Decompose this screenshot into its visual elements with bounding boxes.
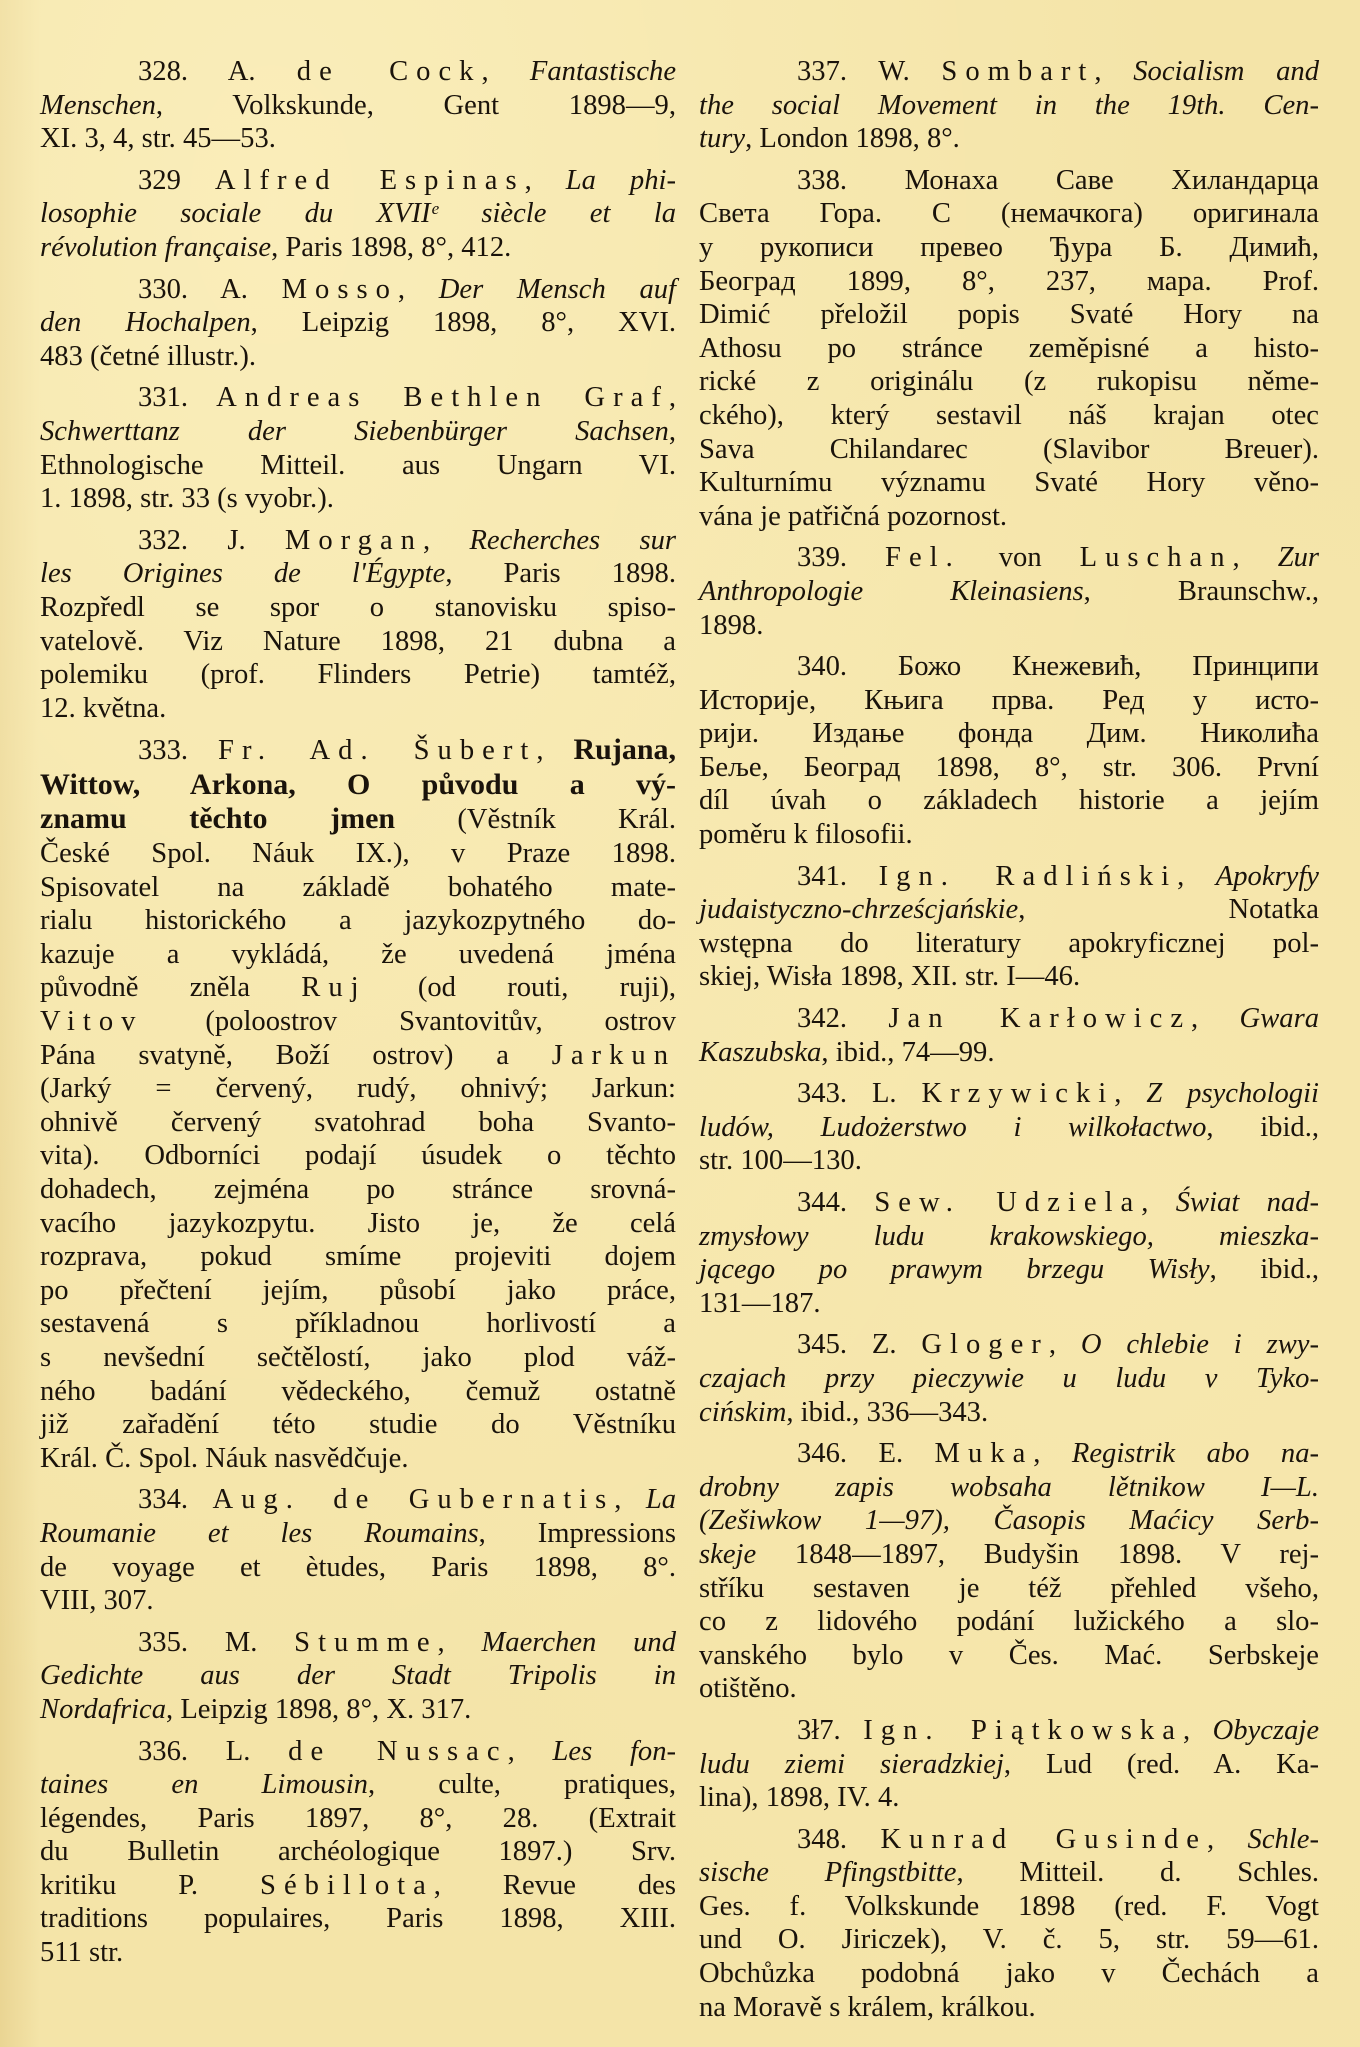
entry-text: wstępna do literatury apokryficznej pol- [699,928,1319,959]
entry-text: , Lud (red. A. Ka- [1004,1749,1319,1780]
entry-text: 334. [138,1484,212,1515]
entry-text: , [508,1736,553,1767]
entry-text: s nevšední sečtělostí, jako plod váž- [40,1342,676,1373]
entry-text: 335. M. [138,1627,294,1658]
bibliography-entry-328: 328. A. de Cock, FantastischeMenschen, V… [40,55,676,156]
entry-line: 1898. [699,609,1319,643]
bibliography-entry-336: 336. L. de Nussac, Les fon-taines en Lim… [40,1735,676,1970]
author-name: Ign. Piątkowska [863,1715,1183,1746]
entry-text: , [481,56,529,87]
bibliography-entry-342: 342. Jan Karłowicz, GwaraKaszubska, ibid… [699,1002,1319,1069]
work-title: losophie sociale du XVIIᵉ siècle et la [40,198,676,229]
entry-text: co z lidového podání lužického a slo- [699,1606,1319,1637]
work-title: Nordafrica [40,1694,166,1725]
entry-line: 338. Монаха Саве Хиландарца [699,164,1319,198]
entry-line: 337. W. Sombart, Socialism and [699,55,1319,89]
author-name: Gloger [921,1329,1048,1360]
work-title: cińskim [699,1397,786,1428]
entry-line: 328. A. de Cock, Fantastische [40,55,676,89]
entry-text: , [669,382,676,413]
entry-line: révolution française, Paris 1898, 8°, 41… [40,231,676,265]
entry-text: 511 str. [40,1937,123,1968]
entry-text: у рукописи превео Ђура Б. Димић, [699,232,1319,263]
work-title: Menschen [40,90,156,121]
entry-line: the social Movement in the 19th. Cen- [699,89,1319,123]
bibliography-entry-347: 3ł7. Ign. Piątkowska, Obyczajeludu ziemi… [699,1714,1319,1815]
entry-text: , [1141,1187,1175,1218]
entry-line: (Zešiwkow 1—97), Časopis Maćicy Serb- [699,1504,1319,1538]
entry-text: dohadech, zejména po stránce srovná- [40,1174,676,1205]
entry-text: , [1233,542,1278,573]
entry-text: Obchůzka podobná jako v Čechách a [699,1958,1319,1989]
entry-text: 328. A. [138,56,297,87]
entry-text: sestavená s příkladnou horlivostí a [40,1308,676,1339]
entry-text: po přečtení jejím, působí jako práce, [40,1275,676,1306]
entry-text: již zařadění této studie do Věstníku [40,1409,676,1440]
entry-text: de voyage et ètudes, Paris 1898, 8°. [40,1552,676,1583]
entry-line: sestavená s příkladnou horlivostí a [40,1307,676,1341]
entry-text: (od routi, ruji), [367,972,676,1003]
entry-text: Ethnologische Mitteil. aus Ungarn VI. [40,450,676,481]
entry-text: du Bulletin archéologique 1897.) Srv. [40,1836,676,1867]
entry-line: vita). Odborníci podají úsudek o těchto [40,1139,676,1173]
author-name: de Cock [297,56,482,87]
entry-line: lina), 1898, IV. 4. [699,1781,1319,1815]
entry-text: , ibid., 336—343. [786,1397,988,1428]
entry-line: kritiku P. Sébillota, Revue des [40,1869,676,1903]
entry-text: 342. [797,1003,888,1034]
entry-text: 341. [797,861,879,892]
entry-line: Gedichte aus der Stadt Tripolis in [40,1659,676,1693]
entry-text: , [1183,1715,1213,1746]
entry-line: Kulturnímu významu Svaté Hory věno- [699,466,1319,500]
entry-text: und O. Jiriczek), V. č. 5, str. 59—61. [699,1924,1319,1955]
entry-line: 339. Fel. von Luschan, Zur [699,541,1319,575]
entry-text: 344. [797,1187,874,1218]
entry-line: Menschen, Volkskunde, Gent 1898—9, [40,89,676,123]
entry-text: , [1114,1078,1146,1109]
entry-line: vatelově. Viz Nature 1898, 21 dubna a [40,625,676,659]
entry-text: vatelově. Viz Nature 1898, 21 dubna a [40,626,676,657]
author-name: Muka [935,1438,1034,1469]
entry-line: und O. Jiriczek), V. č. 5, str. 59—61. [699,1923,1319,1957]
entry-line: skeje 1848—1897, Budyšin 1898. V rej- [699,1538,1319,1572]
entry-line: de voyage et ètudes, Paris 1898, 8°. [40,1551,676,1585]
entry-text: , Impressions [479,1518,676,1549]
work-title: Schwerttanz der Siebenbürger Sachsen [40,416,669,447]
work-title: ludu ziemi sieradzkiej [699,1749,1004,1780]
work-title: O chlebie i zwy- [1081,1329,1319,1360]
entry-line: Sava Chilandarec (Slavibor Breuer). [699,433,1319,467]
entry-line: tury, London 1898, 8°. [699,122,1319,156]
entry-line: rozprava, pokud smíme projeviti dojem [40,1240,676,1274]
entry-text: (poloostrov Svantovitův, ostrov [143,1006,676,1037]
work-title: the social Movement in the 19th. Cen- [699,90,1319,121]
entry-line: Wittow, Arkona, O původu a vý- [40,768,676,803]
entry-line: str. 100—130. [699,1144,1319,1178]
entry-text: , Notatka [1018,894,1319,925]
entry-text: lina), 1898, IV. 4. [699,1782,899,1813]
entry-text: , [1177,861,1216,892]
entry-line: Dimić přeložil popis Svaté Hory na [699,298,1319,332]
work-title: jącego po prawym brzegu Wisły [699,1254,1210,1285]
work-title: sische Pfingstbitte [699,1857,956,1888]
work-title: Gwara [1240,1003,1319,1034]
author-name: Kunrad Gusinde [880,1824,1207,1855]
entry-line: otištěno. [699,1672,1319,1706]
entry-line: 344. Sew. Udziela, Świat nad- [699,1186,1319,1220]
work-title: Schle- [1248,1824,1319,1855]
entry-text: 339. [797,542,885,573]
entry-line: rialu historického a jazykozpytného do- [40,904,676,938]
author-name: Fr. Ad. Šubert [218,735,536,766]
entry-text: kazuje a vykládá, že uvedená jména [40,939,676,970]
bibliography-entry-341: 341. Ign. Radliński, Apokryfyjudaistyczn… [699,860,1319,994]
entry-text: 336. L. [138,1736,288,1767]
bold-title: znamu těchto jmen [40,802,395,835]
entry-text: na Moravě s králem, králkou. [699,1992,1036,2023]
entry-text: Света Гора. С (немачкога) оригинала [699,198,1319,229]
entry-text: 1848—1897, Budyšin 1898. V rej- [756,1539,1319,1570]
entry-text: , ibid., 74—99. [821,1037,994,1068]
entry-line: cińskim, ibid., 336—343. [699,1396,1319,1430]
entry-text: , [536,735,573,766]
author-name: Ign. Radliński [879,861,1178,892]
work-title: révolution française [40,232,271,263]
entry-text: , [423,525,469,556]
entry-text: Беље, Београд 1898, 8°, str. 306. První [699,752,1319,783]
entry-text: Ges. f. Volkskunde 1898 (red. F. Vogt [699,1891,1319,1922]
entry-text: , [1049,1329,1081,1360]
entry-text: str. 100—130. [699,1145,862,1176]
work-title: les Origines de l'Égypte [40,558,445,589]
entry-line: původně zněla Ruj (od routi, ruji), [40,971,676,1005]
entry-text: kritiku P. [40,1870,260,1901]
entry-line: poměru k filosofii. [699,818,1319,852]
entry-line: Obchůzka podobná jako v Čechách a [699,1957,1319,1991]
entry-line: les Origines de l'Égypte, Paris 1898. [40,557,676,591]
entry-text: Rozpředl se spor o stanovisku spiso- [40,592,676,623]
bibliography-entry-344: 344. Sew. Udziela, Świat nad-zmysłowy lu… [699,1186,1319,1320]
entry-line: 1. 1898, str. 33 (s vyobr.). [40,482,676,516]
entry-text: 343. L. [797,1078,922,1109]
work-title: Zur [1278,542,1319,573]
entry-text: 346. E. [797,1438,935,1469]
entry-text: ohnivě červený svatohrad boha Svanto- [40,1107,676,1138]
entry-text: VIII, 307. [40,1585,154,1616]
entry-text: poměru k filosofii. [699,819,913,850]
entry-text: , Mitteil. d. Schles. [956,1857,1319,1888]
bibliography-entry-338: 338. Монаха Саве ХиландарцаСвета Гора. С… [699,164,1319,534]
entry-line: (Jarký = červený, rudý, ohnivý; Jarkun: [40,1072,676,1106]
work-title: La [646,1484,676,1515]
work-title: czajach przy pieczywie u ludu v Tyko- [699,1363,1319,1394]
book-page: 328. A. de Cock, FantastischeMenschen, V… [0,0,1360,2047]
bibliography-entry-346: 346. E. Muka, Registrik abo na-drobny za… [699,1437,1319,1706]
work-title: tury [699,123,745,154]
entry-line: zmysłowy ludu krakowskiego, mieszka- [699,1220,1319,1254]
entry-text: , Braunschw., [1084,576,1319,607]
entry-line: losophie sociale du XVIIᵉ siècle et la [40,197,676,231]
bibliography-entry-340: 340. Божо Кнежевић, ПринципиИсторије, Књ… [699,650,1319,852]
right-column: 337. W. Sombart, Socialism andthe social… [699,55,1319,2032]
entry-text: , culte, pratiques, [368,1769,676,1800]
entry-text: rialu historického a jazykozpytného do- [40,905,676,936]
entry-text: 332. J. [138,525,285,556]
entry-line: jącego po prawym brzegu Wisły, ibid., [699,1253,1319,1287]
entry-line: Král. Č. Spol. Náuk nasvědčuje. [40,1442,676,1476]
entry-text: , Leipzig 1898, 8°, X. 317. [166,1694,471,1725]
entry-text: České Spol. Náuk IX.), v Praze 1898. [40,838,676,869]
entry-text: , ibid., [1206,1112,1319,1143]
bibliography-entry-334: 334. Aug. de Gubernatis, LaRoumanie et l… [40,1483,676,1617]
work-title: Roumanie et les Roumains [40,1518,479,1549]
entry-text: рији. Издање фонда Дим. Николића [699,718,1319,749]
author-name: Andreas Bethlen Graf [216,382,669,413]
entry-text: ckého), který sestavil náš krajan otec [699,400,1319,431]
entry-text: (Věstník Král. [395,804,676,835]
entry-text: , Leipzig 1898, 8°, XVI. [251,307,676,338]
entry-line: 131—187. [699,1287,1319,1321]
entry-line: Rozpředl se spor o stanovisku spiso- [40,591,676,625]
entry-line: vána je patřičná pozornost. [699,500,1319,534]
entry-line: 3ł7. Ign. Piątkowska, Obyczaje [699,1714,1319,1748]
entry-text: 131—187. [699,1288,821,1319]
entry-line: Athosu po stránce zeměpisné a histo- [699,332,1319,366]
work-title: Recherches sur [469,525,676,556]
entry-line: Беље, Београд 1898, 8°, str. 306. První [699,751,1319,785]
entry-line: du Bulletin archéologique 1897.) Srv. [40,1835,676,1869]
entry-line: ckého), který sestavil náš krajan otec [699,399,1319,433]
entry-line: díl úvah o základech historie a jejím [699,784,1319,818]
work-title: (Zešiwkow 1—97), Časopis Maćicy Serb- [699,1505,1319,1536]
work-title: taines en Limousin [40,1769,368,1800]
author-name: Vitov [40,1006,143,1037]
work-title: Anthropologie Kleinasiens [699,576,1084,607]
entry-line: Ges. f. Volkskunde 1898 (red. F. Vogt [699,1890,1319,1924]
entry-line: 12. května. [40,692,676,726]
author-name: Stumme [294,1627,437,1658]
entry-line: ného badání vědeckého, čemuž ostatně [40,1375,676,1409]
entry-text: vacího jazykozpytu. Jisto je, že celá [40,1208,676,1239]
bold-title: Wittow, Arkona, O původu a vý- [40,768,676,801]
work-title: ludów, Ludożerstwo i wilkołactwo [699,1112,1206,1143]
entry-text: Athosu po stránce zeměpisné a histo- [699,333,1319,364]
bibliography-entry-337: 337. W. Sombart, Socialism andthe social… [699,55,1319,156]
entry-line: vanského bylo v Čes. Mać. Serbskeje [699,1639,1319,1673]
entry-line: Roumanie et les Roumains, Impressions [40,1517,676,1551]
entry-line: Историје, Књига прва. Ред у исто- [699,684,1319,718]
entry-line: 346. E. Muka, Registrik abo na- [699,1437,1319,1471]
entry-text: vita). Odborníci podají úsudek o těchto [40,1140,676,1171]
entry-text: légendes, Paris 1897, 8°, 28. (Extrait [40,1803,676,1834]
entry-line: Света Гора. С (немачкога) оригинала [699,197,1319,231]
entry-text: , [1033,1438,1072,1469]
work-title: Kaszubska [699,1037,821,1068]
entry-text: 3ł7. [797,1715,863,1746]
entry-text: 348. [797,1824,880,1855]
entry-line: 331. Andreas Bethlen Graf, [40,381,676,415]
entry-line: 332. J. Morgan, Recherches sur [40,524,676,558]
bibliography-entry-333: 333. Fr. Ad. Šubert, Rujana,Wittow, Arko… [40,733,676,1475]
entry-line: рији. Издање фонда Дим. Николића [699,717,1319,751]
entry-text: 12. května. [40,693,166,724]
entry-line: již zařadění této studie do Věstníku [40,1408,676,1442]
entry-text: 331. [138,382,216,413]
author-name: de Nussac [288,1736,507,1767]
entry-line: czajach przy pieczywie u ludu v Tyko- [699,1362,1319,1396]
entry-text: , [438,1627,482,1658]
entry-text: traditions populaires, Paris 1898, XIII. [40,1903,676,1934]
author-name: Sew. Udziela [874,1187,1141,1218]
entry-text: 483 (četné illustr.). [40,341,256,372]
entry-line: 341. Ign. Radliński, Apokryfy [699,860,1319,894]
entry-line: stříku sestaven je též přehled všeho, [699,1572,1319,1606]
entry-line: wstępna do literatury apokryficznej pol- [699,927,1319,961]
entry-text: 337. W. [797,56,941,87]
entry-line: légendes, Paris 1897, 8°, 28. (Extrait [40,1802,676,1836]
entry-text: původně zněla [40,972,301,1003]
author-name: Sébillota [260,1870,434,1901]
author-name: Alfred Espinas [215,165,525,196]
entry-text: XI. 3, 4, str. 45—53. [40,123,276,154]
entry-line: 348. Kunrad Gusinde, Schle- [699,1823,1319,1857]
entry-line: Nordafrica, Leipzig 1898, 8°, X. 317. [40,1693,676,1727]
entry-text: díl úvah o základech historie a jejím [699,785,1319,816]
entry-line: 330. A. Mosso, Der Mensch auf [40,273,676,307]
entry-text: 345. Z. [797,1329,921,1360]
entry-line: den Hochalpen, Leipzig 1898, 8°, XVI. [40,306,676,340]
entry-text: stříku sestaven je též přehled všeho, [699,1573,1319,1604]
entry-line: polemiku (prof. Flinders Petrie) tamtéž, [40,658,676,692]
entry-line: vacího jazykozpytu. Jisto je, že celá [40,1207,676,1241]
entry-text: Sava Chilandarec (Slavibor Breuer). [699,434,1319,465]
entry-text: vána je patřičná pozornost. [699,501,1007,532]
work-title: Maerchen und [481,1627,676,1658]
entry-line: drobny zapis wobsaha lětnikow I—L. [699,1471,1319,1505]
entry-line: s nevšední sečtělostí, jako plod váž- [40,1341,676,1375]
entry-text: rické z originálu (z rukopisu něme- [699,366,1319,397]
entry-line: 335. M. Stumme, Maerchen und [40,1626,676,1660]
entry-text: Kulturnímu významu Svaté Hory věno- [699,467,1319,498]
work-title: drobny zapis wobsaha lětnikow I—L. [699,1472,1319,1503]
entry-text: , [669,416,676,447]
entry-line: Ethnologische Mitteil. aus Ungarn VI. [40,449,676,483]
bibliography-entry-345: 345. Z. Gloger, O chlebie i zwy-czajach … [699,1328,1319,1429]
work-title: Les fon- [552,1736,676,1767]
bibliography-entry-329: 329 Alfred Espinas, La phi-losophie soci… [40,164,676,265]
entry-line: 329 Alfred Espinas, La phi- [40,164,676,198]
left-column: 328. A. de Cock, FantastischeMenschen, V… [40,55,676,1978]
entry-line: sische Pfingstbitte, Mitteil. d. Schles. [699,1856,1319,1890]
entry-text: , Paris 1898, 8°, 412. [271,232,511,263]
entry-line: у рукописи превео Ђура Б. Димић, [699,231,1319,265]
work-title: Apokryfy [1216,861,1319,892]
entry-text: 330. A. [138,274,282,305]
bibliography-entry-339: 339. Fel. von Luschan, ZurAnthropologie … [699,541,1319,642]
entry-line: ohnivě červený svatohrad boha Svanto- [40,1106,676,1140]
entry-line: 336. L. de Nussac, Les fon- [40,1735,676,1769]
author-name: Luschan [1080,542,1233,573]
entry-text: von [961,542,1080,573]
author-name: Aug. de Gubernatis [212,1484,614,1515]
entry-line: 340. Божо Кнежевић, Принципи [699,650,1319,684]
entry-line: VIII, 307. [40,1584,676,1618]
entry-text: vanského bylo v Čes. Mać. Serbskeje [699,1640,1319,1671]
author-name: Jan Karłowicz [888,1003,1191,1034]
entry-line: 511 str. [40,1936,676,1970]
bibliography-entry-343: 343. L. Krzywicki, Z psychologiiludów, L… [699,1077,1319,1178]
work-title: Fantastische [530,56,676,87]
entry-line: 333. Fr. Ad. Šubert, Rujana, [40,733,676,768]
entry-line: traditions populaires, Paris 1898, XIII. [40,1902,676,1936]
entry-text: , [614,1484,646,1515]
entry-text: rozprava, pokud smíme projeviti dojem [40,1241,676,1272]
entry-text: 340. Божо Кнежевић, Принципи [797,651,1319,682]
entry-line: judaistyczno-chrześcjańskie, Notatka [699,893,1319,927]
entry-text: , [1191,1003,1240,1034]
entry-text: , [525,165,566,196]
author-name: Ruj [301,972,366,1003]
entry-line: dohadech, zejména po stránce srovná- [40,1173,676,1207]
entry-text: Spisovatel na základě bohatého mate- [40,872,676,903]
entry-text: , [1207,1824,1248,1855]
entry-text: Pána svatyně, Boží ostrov) a [40,1040,552,1071]
entry-line: Anthropologie Kleinasiens, Braunschw., [699,575,1319,609]
entry-line: po přečtení jejím, působí jako práce, [40,1274,676,1308]
author-name: Sombart [941,56,1094,87]
entry-line: na Moravě s králem, králkou. [699,1991,1319,2025]
entry-line: Spisovatel na základě bohatého mate- [40,871,676,905]
entry-text: otištěno. [699,1673,797,1704]
author-name: Mosso [282,274,398,305]
work-title: Socialism and [1133,56,1319,87]
entry-text: 338. Монаха Саве Хиландарца [797,165,1319,196]
work-title: Gedichte aus der Stadt Tripolis in [40,1660,676,1691]
bibliography-entry-331: 331. Andreas Bethlen Graf,Schwerttanz de… [40,381,676,515]
author-name: Fel. [885,542,961,573]
author-name: Jarkun [552,1040,676,1071]
entry-text: polemiku (prof. Flinders Petrie) tamtéž, [40,659,676,690]
entry-text: Београд 1899, 8°, 237, мара. Prof. [699,266,1319,297]
work-title: judaistyczno-chrześcjańskie [699,894,1018,925]
entry-line: co z lidového podání lužického a slo- [699,1605,1319,1639]
entry-text: Král. Č. Spol. Náuk nasvědčuje. [40,1443,408,1474]
work-title: Obyczaje [1213,1715,1319,1746]
entry-line: 343. L. Krzywicki, Z psychologii [699,1077,1319,1111]
entry-line: ludu ziemi sieradzkiej, Lud (red. A. Ka- [699,1748,1319,1782]
entry-line: Vitov (poloostrov Svantovitův, ostrov [40,1005,676,1039]
entry-text: 333. [138,735,218,766]
entry-text: , Paris 1898. [445,558,676,589]
work-title: Registrik abo na- [1072,1438,1319,1469]
entry-text: , [1094,56,1133,87]
entry-line: znamu těchto jmen (Věstník Král. [40,802,676,837]
entry-line: kazuje a vykládá, že uvedená jména [40,938,676,972]
entry-text: 1. 1898, str. 33 (s vyobr.). [40,483,334,514]
bibliography-entry-332: 332. J. Morgan, Recherches surles Origin… [40,524,676,726]
entry-line: 345. Z. Gloger, O chlebie i zwy- [699,1328,1319,1362]
entry-text: ného badání vědeckého, čemuž ostatně [40,1376,676,1407]
author-name: Krzywicki [922,1078,1115,1109]
work-title: skeje [699,1539,756,1570]
work-title: Świat nad- [1176,1187,1319,1218]
entry-line: České Spol. Náuk IX.), v Praze 1898. [40,837,676,871]
entry-text: (Jarký = červený, rudý, ohnivý; Jarkun: [40,1073,676,1104]
entry-line: XI. 3, 4, str. 45—53. [40,122,676,156]
work-title: Z psychologii [1146,1078,1319,1109]
work-title: La phi- [566,165,676,196]
